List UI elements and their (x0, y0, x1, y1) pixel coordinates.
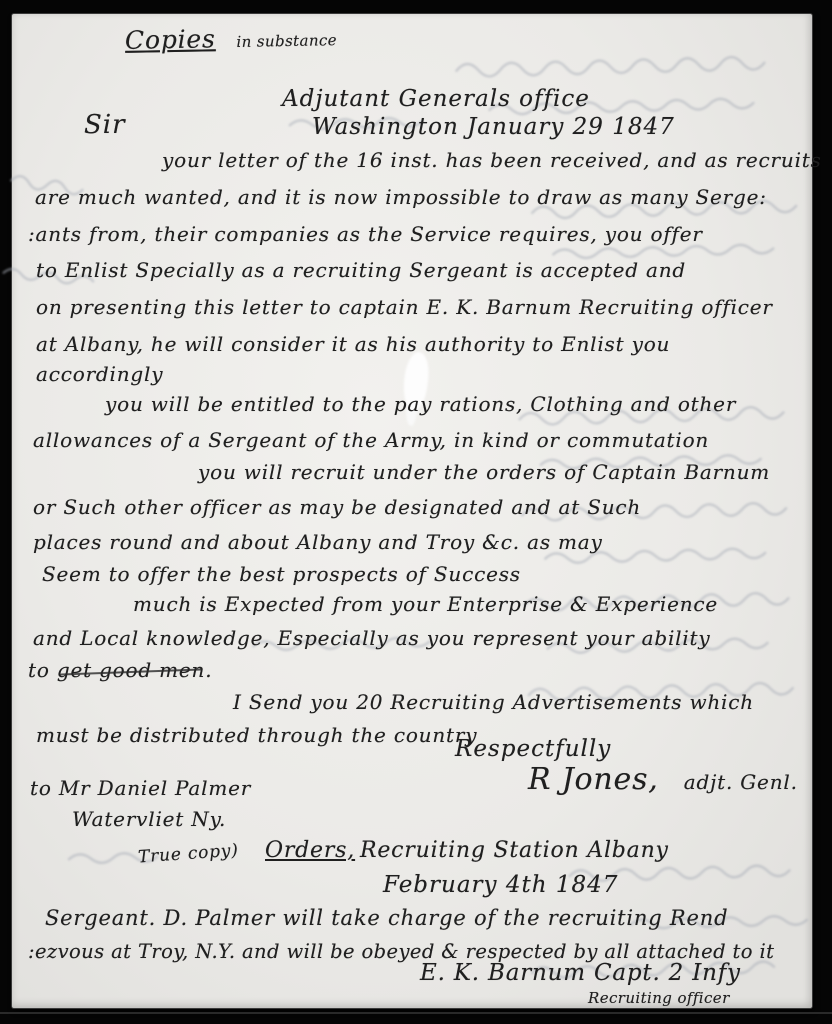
orders-signature: E. K. Barnum Capt. 2 Infy (420, 960, 741, 986)
letter-body-line: to Enlist Specially as a recruiting Serg… (36, 258, 686, 282)
letter-body-line: allowances of a Sergeant of the Army, in… (33, 428, 709, 452)
letter-body-line: I Send you 20 Recruiting Advertisements … (233, 690, 754, 714)
orders-heading-rest: Recruiting Station Albany (360, 838, 669, 863)
letter-body-line: accordingly (36, 362, 163, 386)
place-date-line: Washington January 29 1847 (312, 114, 675, 140)
letter-body-line: places round and about Albany and Troy &… (33, 530, 603, 554)
letter-body-line: your letter of the 16 inst. has been rec… (162, 148, 822, 172)
letter-body-line: are much wanted, and it is now impossibl… (35, 185, 767, 209)
signature-line: R Jones, adjt. Genl. (528, 762, 798, 797)
salutation: Sir (84, 110, 126, 140)
letter-body-line: must be distributed through the country (36, 723, 477, 747)
addressee-place: Watervliet Ny. (72, 807, 226, 831)
orders-date: February 4th 1847 (383, 872, 618, 898)
closing: Respectfully (455, 736, 611, 762)
signature-name: R Jones, (528, 762, 659, 797)
letter-body-line: or Such other officer as may be designat… (33, 495, 641, 519)
letter-body-line: you will be entitled to the pay rations,… (105, 392, 736, 416)
orders-heading-word: Orders, (265, 838, 355, 863)
letter-body-line: on presenting this letter to captain E. … (36, 295, 773, 319)
copies-annotation: Copies in substance (125, 22, 337, 55)
letter-body-line: and Local knowledge, Especially as you r… (33, 626, 710, 650)
copies-annotation-note: in substance (236, 31, 337, 51)
copies-annotation-word: Copies (125, 24, 216, 55)
office-line: Adjutant Generals office (282, 86, 590, 112)
letter-body-line: Seem to offer the best prospects of Succ… (42, 562, 521, 586)
letter-body-line: at Albany, he will consider it as his au… (36, 332, 670, 356)
orders-signature-title: Recruiting officer (588, 989, 730, 1007)
signature-rank: adjt. Genl. (684, 770, 798, 794)
letter-body-line: :ants from, their companies as the Servi… (28, 222, 703, 246)
scanned-letter-page: Copies in substance Adjutant Generals of… (0, 0, 832, 1024)
letter-body-line: you will recruit under the orders of Cap… (198, 460, 770, 484)
addressee-name: to Mr Daniel Palmer (30, 776, 251, 800)
scanner-edge-line (0, 1012, 832, 1014)
letter-body-line: much is Expected from your Enterprise & … (133, 592, 718, 616)
orders-body-line: Sergeant. D. Palmer will take charge of … (45, 906, 728, 930)
